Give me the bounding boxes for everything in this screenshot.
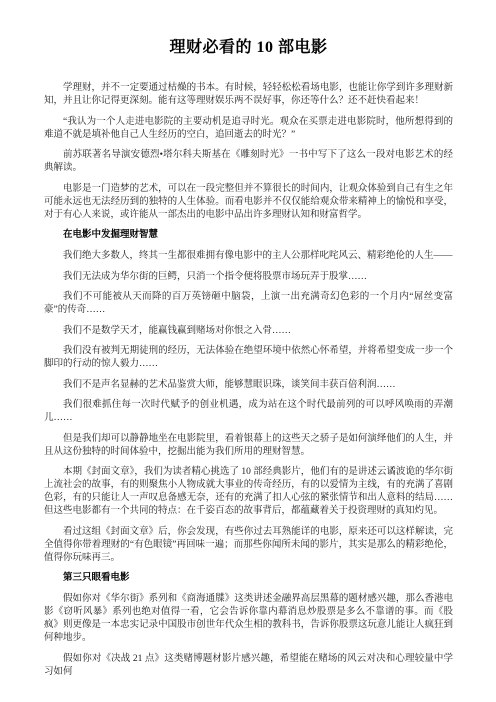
paragraph: 假如你对《决战 21 点》这类赌博题材影片感兴趣，希望能在赌场的风云对决和心理较… bbox=[44, 653, 453, 679]
paragraph: 我们绝大多数人，终其一生都很难拥有像电影中的主人公那样叱咤风云、精彩绝伦的人生—… bbox=[44, 250, 453, 263]
paragraph: 本期《封面文章》，我们为读者精心挑选了 10 部经典影片，他们有的是讲述云谲波诡… bbox=[44, 466, 453, 518]
page-title: 理财必看的 10 部电影 bbox=[44, 39, 453, 57]
paragraph: 电影是一门造梦的艺术，可以在一段完整但并不算很长的时间内，让观众体验到自己有生之… bbox=[44, 183, 453, 222]
paragraph: 前苏联著名导演安德烈•塔尔科夫斯基在《雕刻时光》一书中写下了这么一段对电影艺术的… bbox=[44, 149, 453, 175]
paragraph: 我们没有被判无期徒刑的经历，无法体验在绝望环境中依然心怀希望，并将希望变成一步一… bbox=[44, 345, 453, 371]
paragraph: 我们不是声名显赫的艺术品鉴赏大师，能够慧眼识珠，谈笑间丰获百倍利润…… bbox=[44, 379, 453, 392]
section-heading: 在电影中发掘理财智慧 bbox=[44, 229, 453, 242]
paragraph: 学理财，并不一定要通过枯燥的书本。有时候，轻轻松松看场电影，也能让你学到许多理财… bbox=[44, 82, 453, 108]
paragraph: 我们无法成为华尔街的巨鳄，只消一个指令便将股票市场玩弄于股掌…… bbox=[44, 271, 453, 284]
paragraph: 我们很难抓住每一次时代赋予的创业机遇，成为站在这个时代最前列的可以呼风唤雨的弄潮… bbox=[44, 399, 453, 425]
paragraph: 我们不是数学天才，能赢钱赢到赌场对你恨之入骨…… bbox=[44, 325, 453, 338]
paragraph: 我们不可能被从天而降的百万英镑砸中脑袋，上演一出充满奇幻色彩的一个月内“屌丝变富… bbox=[44, 291, 453, 317]
paragraph: 假如你对《华尔街》系列和《商海通牒》这类讲述金融界高层黑幕的题材感兴趣，那么香港… bbox=[44, 593, 453, 645]
section-heading: 第三只眼看电影 bbox=[44, 572, 453, 585]
document-body: 学理财，并不一定要通过枯燥的书本。有时候，轻轻松松看场电影，也能让你学到许多理财… bbox=[44, 82, 453, 679]
paragraph: 看过这组《封面文章》后，你会发现，有些你过去耳熟能详的电影，原来还可以这样解读，… bbox=[44, 526, 453, 565]
quote-paragraph: “我认为一个人走进电影院的主要动机是追寻时光。观众在买票走进电影院时，他所想得到… bbox=[44, 116, 453, 142]
document-page: 理财必看的 10 部电影 学理财，并不一定要通过枯燥的书本。有时候，轻轻松松看场… bbox=[0, 0, 496, 702]
paragraph: 但是我们却可以静静地坐在电影院里，看着银幕上的这些天之骄子是如何演绎他们的人生，… bbox=[44, 433, 453, 459]
